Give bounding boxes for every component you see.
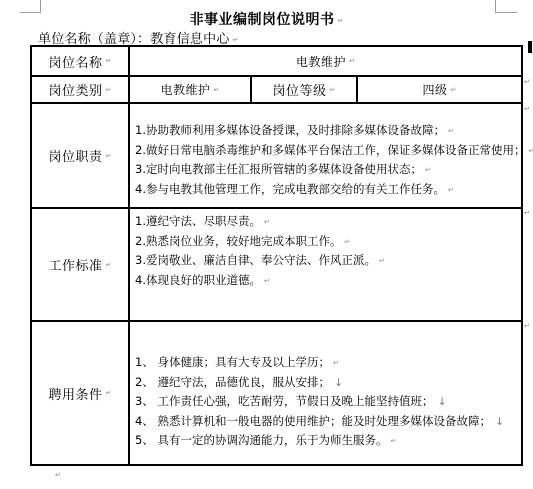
paragraph-mark: ↵	[233, 36, 239, 44]
standard-line: 4.体现良好的职业道德。↵	[135, 271, 270, 291]
cell-conditions-content: 1、 身体健康；具有大专及以上学历；↵ 2、 遵纪守法，品德优良，服从安排；↓ …	[130, 322, 521, 464]
line-break-mark: ↓	[495, 415, 504, 428]
paragraph-mark: ↵	[264, 277, 270, 285]
cell-end-mark: ↵	[106, 86, 112, 94]
cell-position-grade-value: 四级↵	[358, 77, 521, 104]
page-title-text: 非事业编制岗位说明书	[190, 12, 335, 28]
cell-conditions-label: 聘用条件↵	[32, 322, 130, 464]
cell-position-name-label: 岗位名称↵	[32, 47, 130, 77]
paragraph-mark: ↵	[379, 257, 385, 265]
paragraph-mark: ↵	[425, 166, 431, 174]
standard-line: 2.熟悉岗位业务，较好地完成本职工作。↵	[135, 232, 350, 252]
condition-line: 5、 具有一定的协调沟通能力，乐于为师生服务。↵	[135, 431, 396, 451]
paragraph-mark: ↵	[448, 186, 454, 194]
paragraph-mark: ↵	[55, 471, 61, 479]
cell-duties-content: 1.协助教师利用多媒体设备授课，及时排除多媒体设备故障；↵ 2.做好日常电脑杀毒…	[130, 104, 521, 209]
page-title: 非事业编制岗位说明书↵	[0, 9, 533, 29]
cell-end-mark: ↵	[330, 86, 336, 94]
paragraph-mark: ↵	[390, 437, 396, 445]
cell-standards-label: 工作标准↵	[32, 209, 130, 322]
cell-end-mark: ↵	[106, 261, 112, 269]
cell-end-mark: ↵	[214, 86, 220, 94]
cell-end-mark: ↵	[451, 86, 457, 94]
standard-line: 3.爱岗敬业、廉洁自律、奉公守法、作风正派。↵	[135, 251, 385, 271]
cell-end-mark: ↵	[106, 389, 112, 397]
paragraph-mark: ↵	[338, 17, 344, 25]
position-description-table: 岗位名称↵ 电教维护↵ 岗位类别↵ 电教维护↵ 岗位等级↵ 四级↵ 岗位职责↵ …	[30, 45, 523, 466]
cell-position-class-value: 电教维护↵	[130, 77, 252, 104]
cell-end-mark: ↵	[106, 152, 112, 160]
duty-line: 2.做好日常电脑杀毒维护和多媒体平台保洁工作，保证多媒体设备正常使用；↵	[135, 141, 533, 161]
condition-line: 2、 遵纪守法，品德优良，服从安排；↓	[135, 373, 343, 393]
paragraph-mark: ↵	[333, 359, 339, 367]
condition-line: 4、 熟悉计算机和一般电器的使用维护；能及时处理多媒体设备故障；↓	[135, 412, 504, 432]
cell-position-grade-label: 岗位等级↵	[252, 77, 358, 104]
condition-line: 3、 工作责任心强，吃苦耐劳，节假日及晚上能坚持值班；↓	[135, 392, 447, 412]
line-break-mark: ↓	[437, 395, 446, 408]
duty-line: 1.协助教师利用多媒体设备授课，及时排除多媒体设备故障；↵	[135, 121, 454, 141]
row-end-mark: ↵	[524, 105, 530, 113]
row-end-mark: ↵	[524, 209, 530, 217]
cell-position-class-label: 岗位类别↵	[32, 77, 130, 104]
document-page: 非事业编制岗位说明书↵ 单位名称（盖章）：教育信息中心↵ 岗位名称↵ 电教维护↵…	[0, 0, 533, 489]
cell-end-mark: ↵	[349, 57, 355, 65]
paragraph-mark: ↵	[264, 218, 270, 226]
paragraph-mark: ↵	[528, 147, 533, 155]
duty-line: 3.定时向电教部主任汇报所管辖的多媒体设备使用状态；↵	[135, 160, 431, 180]
row-end-mark: ↵	[524, 78, 530, 86]
paragraph-mark: ↵	[344, 238, 350, 246]
line-break-mark: ↓	[334, 376, 343, 389]
duty-line: 4.参与电教其他管理工作，完成电教部交给的有关工作任务。↵	[135, 180, 454, 200]
cell-end-mark: ↵	[106, 57, 112, 65]
cell-position-name-value: 电教维护↵	[130, 47, 521, 77]
standard-line: 1.遵纪守法、尽职尽责。↵	[135, 212, 270, 232]
row-end-mark: ↵	[524, 322, 530, 330]
cell-standards-content: 1.遵纪守法、尽职尽责。↵ 2.熟悉岗位业务，较好地完成本职工作。↵ 3.爱岗敬…	[130, 209, 521, 322]
cell-duties-label: 岗位职责↵	[32, 104, 130, 209]
paragraph-mark: ↵	[448, 127, 454, 135]
row-end-cursor-bar	[528, 41, 532, 53]
condition-line: 1、 身体健康；具有大专及以上学历；↵	[135, 353, 339, 373]
